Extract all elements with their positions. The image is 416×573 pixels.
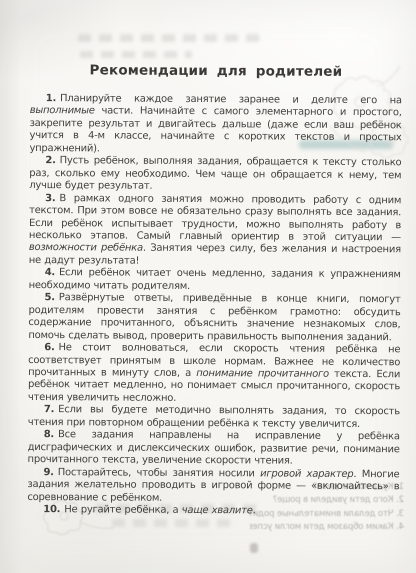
italic-emphasis: чаще хвалите [182, 505, 253, 516]
item-text: . [253, 505, 256, 516]
item-text: В рамках одного занятия можно проводить … [29, 193, 401, 243]
list-item: 2.Пусть ребёнок, выполняя задания, обращ… [29, 155, 401, 195]
item-number: 5. [45, 292, 59, 303]
bleedthrough-text-smudge-bottom-2 [112, 519, 238, 527]
list-item: 4.Если ребёнок читает очень медленно, за… [29, 267, 401, 294]
bleedthrough-text-smudge-top-1 [78, 34, 260, 42]
page-content: Рекомендации для родителей 1.Планируйте … [27, 62, 402, 519]
list-item: 5.Развёрнутые ответы, приведённые в конц… [28, 292, 400, 344]
list-item: 1.Планируйте каждое занятие заранее и де… [29, 93, 401, 158]
recommendations-list: 1.Планируйте каждое занятие заранее и де… [27, 93, 402, 519]
item-number: 1. [46, 93, 60, 104]
list-item: 9.Постарайтесь, чтобы занятия носили игр… [27, 467, 399, 507]
bleedthrough-line: 4. Каким образом дети могли успевать в [250, 521, 404, 534]
italic-emphasis: понимание прочитанного [196, 368, 329, 380]
list-item: 3.В рамках одного занятия можно проводит… [29, 193, 401, 270]
item-text: Если вы будете методично выполнять задан… [28, 405, 400, 430]
item-text: Развёрнутые ответы, приведённые в конце … [28, 292, 400, 342]
list-item: 6.Не стоит волноваться, если скорость чт… [28, 342, 400, 407]
bleedthrough-text-smudge-top-2 [80, 51, 192, 58]
scanned-book-page: 1. Куда пошли дети?2. Кого дети увидели … [0, 0, 416, 573]
item-text: Пусть ребёнок, выполняя задания, обращае… [29, 155, 401, 191]
item-text: Если ребёнок читает очень медленно, зада… [29, 268, 401, 292]
item-text: Не ругайте ребёнка, а [64, 504, 182, 516]
page-title: Рекомендации для родителей [30, 62, 402, 80]
list-item: 7.Если вы будете методично выполнять зад… [28, 404, 400, 431]
item-number: 3. [45, 193, 59, 204]
italic-emphasis: игровой характер [260, 468, 353, 480]
item-number: 10. [43, 504, 64, 515]
item-number: 2. [45, 155, 59, 166]
item-text: Все задания направлены на исправление у … [28, 429, 400, 466]
item-number: 8. [44, 429, 58, 440]
item-number: 7. [44, 404, 58, 415]
item-text: Постарайтесь, чтобы занятия носили [58, 467, 260, 479]
item-number: 6. [44, 342, 58, 353]
bleedthrough-page-number-mark [250, 543, 258, 553]
item-number: 9. [43, 467, 57, 478]
list-item: 8.Все задания направлены на исправление … [28, 429, 400, 469]
item-text: Планируйте каждое занятие заранее и дели… [60, 93, 402, 106]
italic-emphasis: возможности ребёнка [29, 242, 143, 254]
italic-emphasis: выполнимые [30, 105, 95, 116]
list-item: 10.Не ругайте ребёнка, а чаще хвалите. [27, 504, 399, 519]
item-number: 4. [45, 267, 59, 278]
